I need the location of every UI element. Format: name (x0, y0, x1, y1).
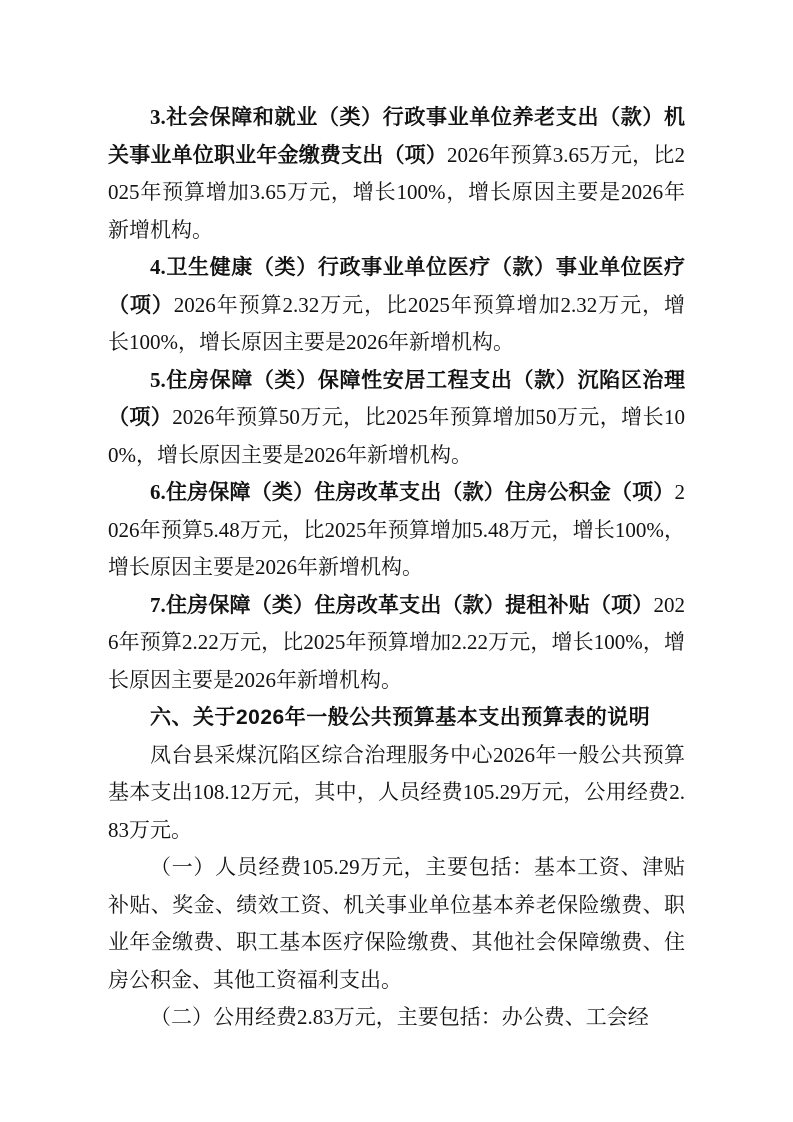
section-six-overview-paragraph: 凤台县采煤沉陷区综合治理服务中心2026年一般公共预算基本支出108.12万元，… (108, 737, 685, 850)
budget-item-6-paragraph: 6.住房保障（类）住房改革支出（款）住房公积金（项）2026年预算5.48万元，… (108, 474, 685, 587)
budget-item-7-classification: 7.住房保障（类）住房改革支出（款）提租补贴（项） (150, 593, 654, 617)
document-page: 3.社会保障和就业（类）行政事业单位养老支出（款）机关事业单位职业年金缴费支出（… (0, 0, 793, 1122)
budget-item-5-detail: 2026年预算50万元，比2025年预算增加50万元，增长100%，增长原因主要… (108, 405, 685, 467)
section-six-heading: 六、关于2026年一般公共预算基本支出预算表的说明 (108, 699, 685, 737)
budget-item-4-paragraph: 4.卫生健康（类）行政事业单位医疗（款）事业单位医疗（项）2026年预算2.32… (108, 249, 685, 362)
budget-item-4-detail: 2026年预算2.32万元，比2025年预算增加2.32万元，增长100%，增长… (108, 293, 685, 355)
personnel-expense-paragraph: （一）人员经费105.29万元，主要包括：基本工资、津贴补贴、奖金、绩效工资、机… (108, 849, 685, 999)
budget-item-7-paragraph: 7.住房保障（类）住房改革支出（款）提租补贴（项）2026年预算2.22万元，比… (108, 587, 685, 700)
budget-item-5-paragraph: 5.住房保障（类）保障性安居工程支出（款）沉陷区治理（项）2026年预算50万元… (108, 362, 685, 475)
public-expense-paragraph: （二）公用经费2.83万元，主要包括：办公费、工会经 (108, 999, 685, 1037)
budget-item-6-classification: 6.住房保障（类）住房改革支出（款）住房公积金（项） (150, 480, 675, 504)
budget-item-3-paragraph: 3.社会保障和就业（类）行政事业单位养老支出（款）机关事业单位职业年金缴费支出（… (108, 99, 685, 249)
